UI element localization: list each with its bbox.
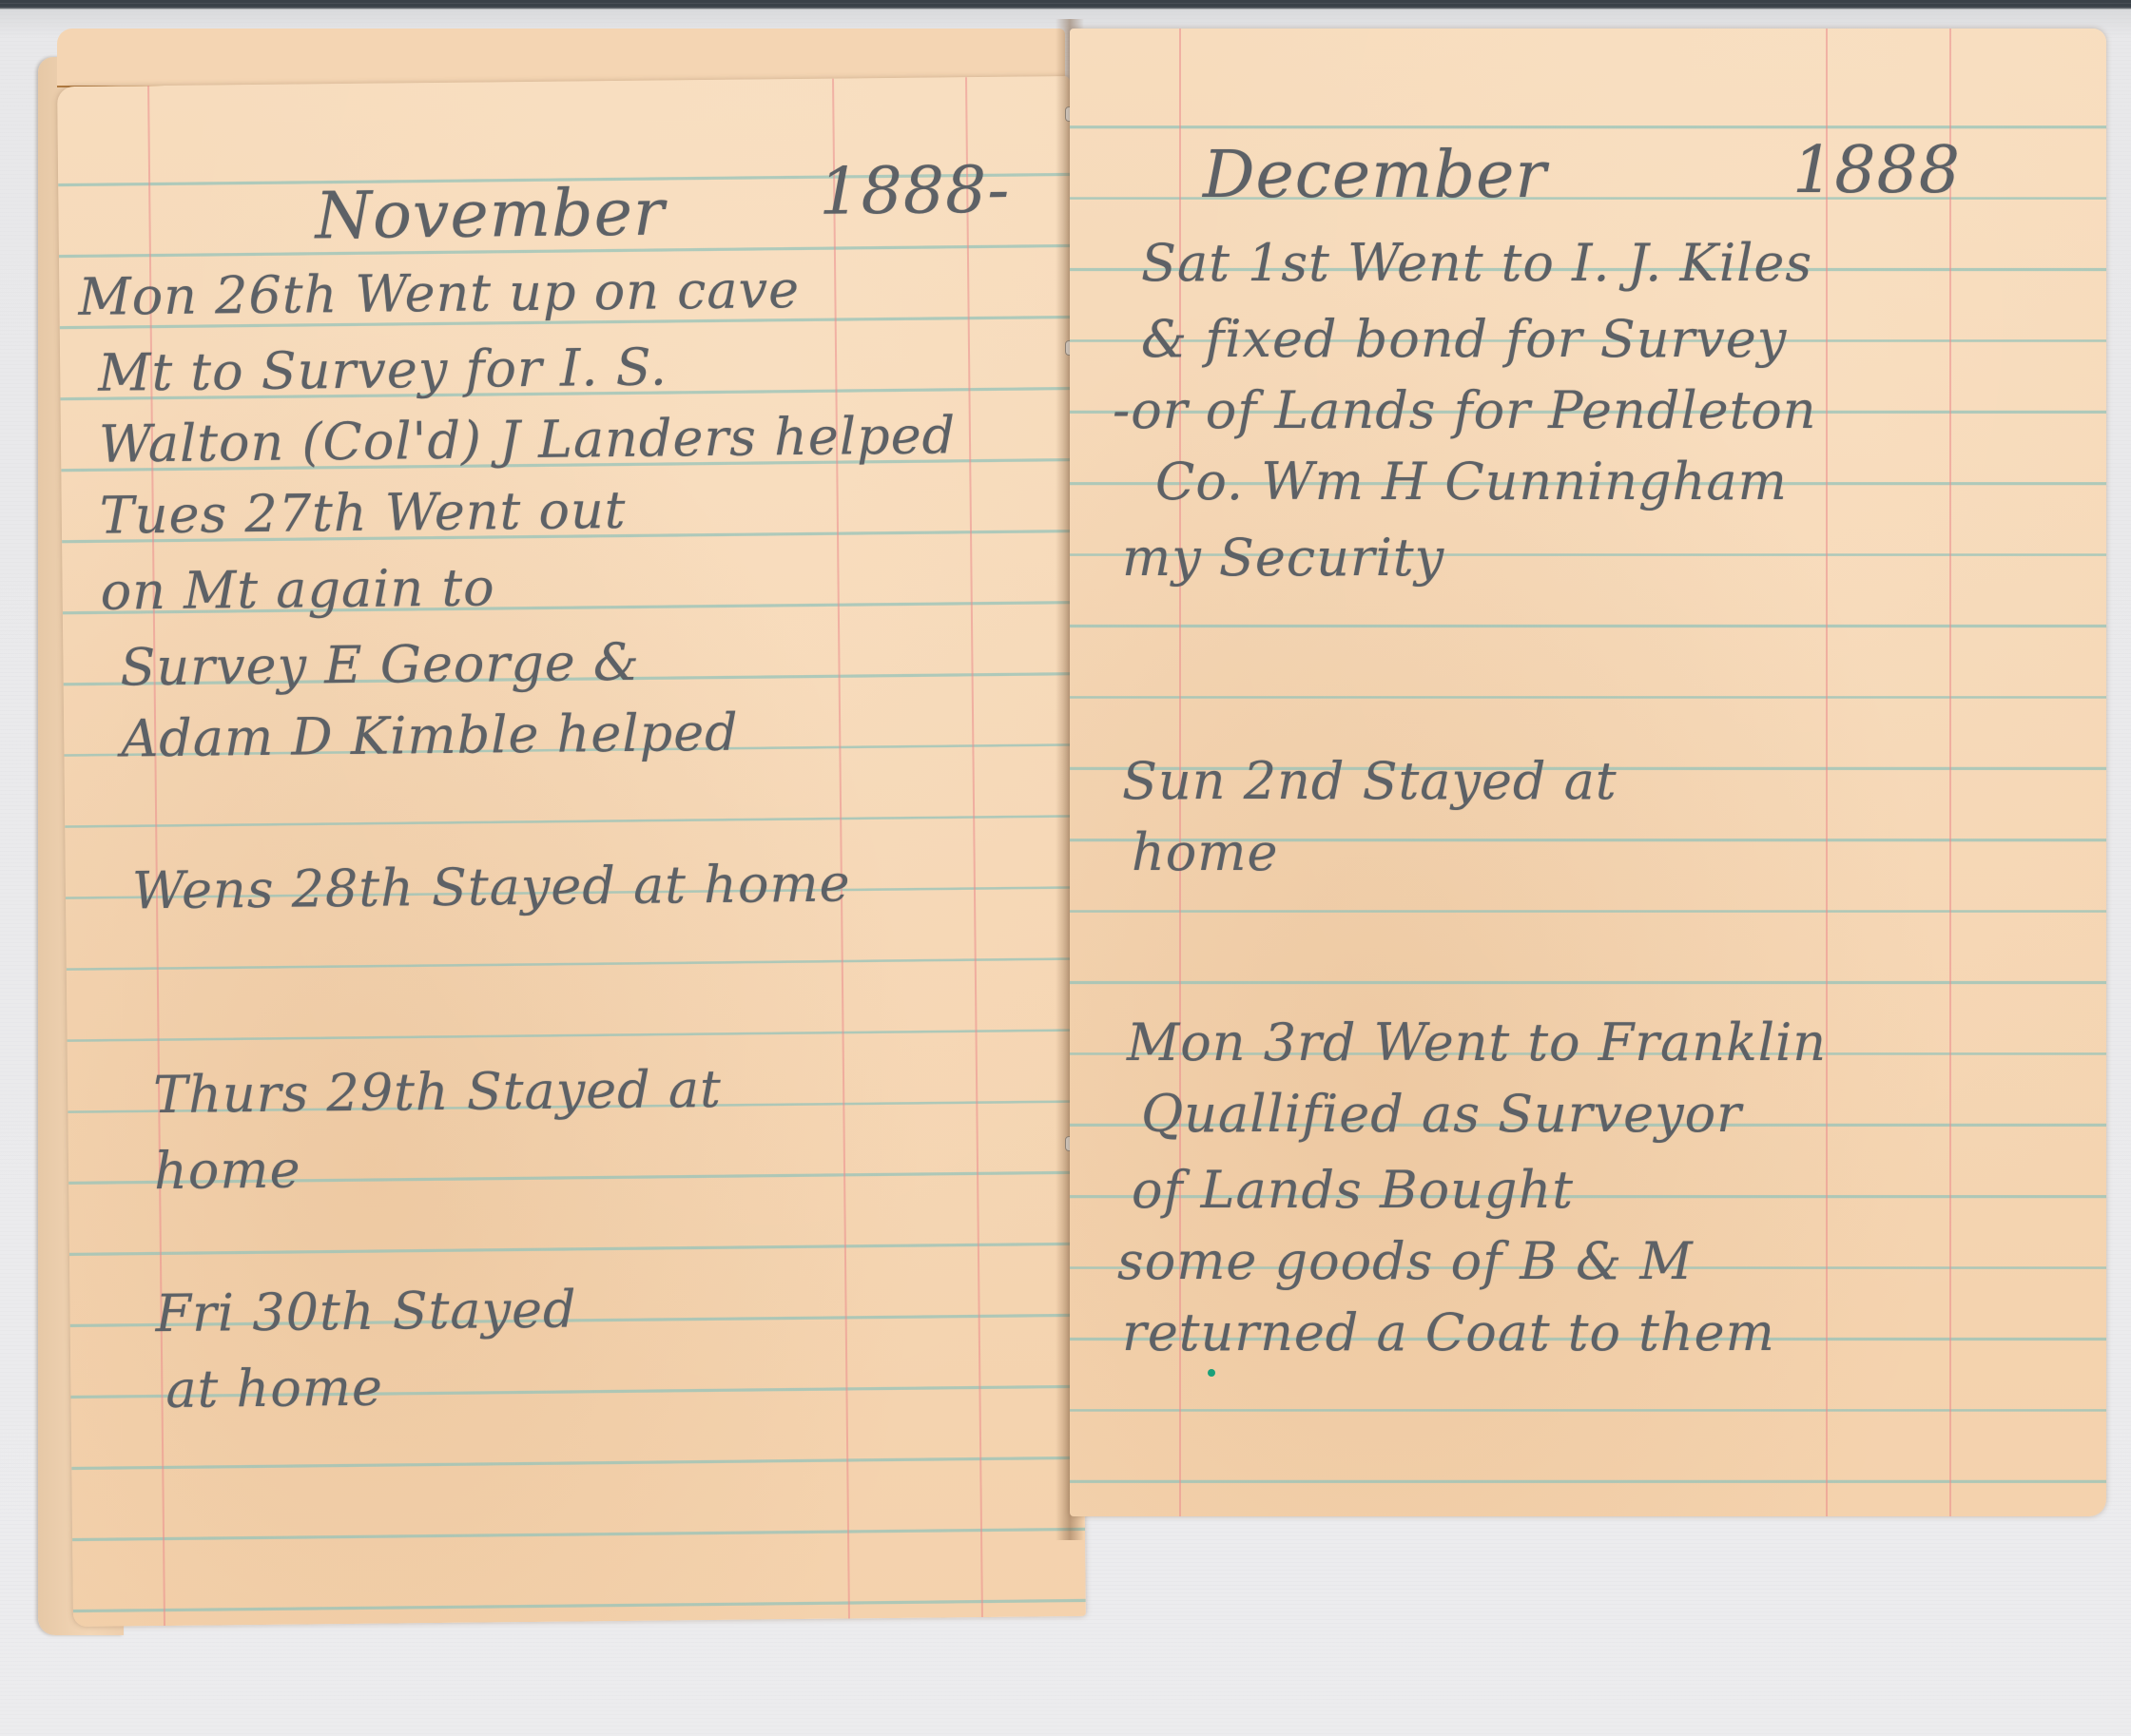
column-line bbox=[1949, 29, 1951, 1516]
diary-line: Co. Wm H Cunningham bbox=[1155, 452, 1788, 511]
diary-line: Sun 2nd Stayed at bbox=[1122, 751, 1618, 811]
diary-line: Walton (Col'd) J Landers helped bbox=[99, 405, 957, 473]
ink-spot bbox=[1208, 1369, 1215, 1377]
heading-month: December bbox=[1203, 138, 1547, 213]
diary-line: Quallified as Surveyor bbox=[1141, 1084, 1742, 1144]
heading-year: 1888- bbox=[819, 153, 1011, 230]
diary-line: Survey E George & bbox=[120, 632, 640, 698]
heading-month: November bbox=[315, 175, 666, 254]
diary-line: Mon 26th Went up on cave bbox=[78, 260, 800, 327]
diary-line: some goods of B & M bbox=[1117, 1231, 1694, 1291]
diary-line: of Lands Bought bbox=[1132, 1160, 1574, 1220]
diary-line: Fri 30th Stayed bbox=[155, 1280, 577, 1344]
diary-line: Mon 3rd Went to Franklin bbox=[1127, 1013, 1827, 1072]
diary-line: my Security bbox=[1122, 528, 1444, 588]
diary-line: Tues 27th Went out bbox=[99, 480, 626, 546]
diary-line: Adam D Kimble helped bbox=[121, 703, 739, 769]
diary-line: Wens 28th Stayed at home bbox=[132, 853, 851, 920]
left-page: November 1888- Mon 26th Went up on cave … bbox=[57, 76, 1086, 1627]
diary-line: Thurs 29th Stayed at bbox=[153, 1059, 722, 1125]
diary-line: Sat 1st Went to I. J. Kiles bbox=[1141, 233, 1812, 293]
diary-line: & fixed bond for Survey bbox=[1141, 309, 1787, 369]
right-page: December 1888 Sat 1st Went to I. J. Kile… bbox=[1070, 29, 2106, 1516]
diary-line: home bbox=[1132, 822, 1278, 882]
diary-line: returned a Coat to them bbox=[1122, 1302, 1775, 1362]
diary-line: home bbox=[154, 1140, 301, 1202]
heading-year: 1888 bbox=[1792, 133, 1961, 208]
diary-line: on Mt again to bbox=[100, 557, 495, 621]
diary-line: -or of Lands for Pendleton bbox=[1113, 380, 1817, 440]
diary-line: at home bbox=[165, 1358, 383, 1419]
diary-line: Mt to Survey for I. S. bbox=[98, 337, 668, 402]
column-line bbox=[1826, 29, 1828, 1516]
